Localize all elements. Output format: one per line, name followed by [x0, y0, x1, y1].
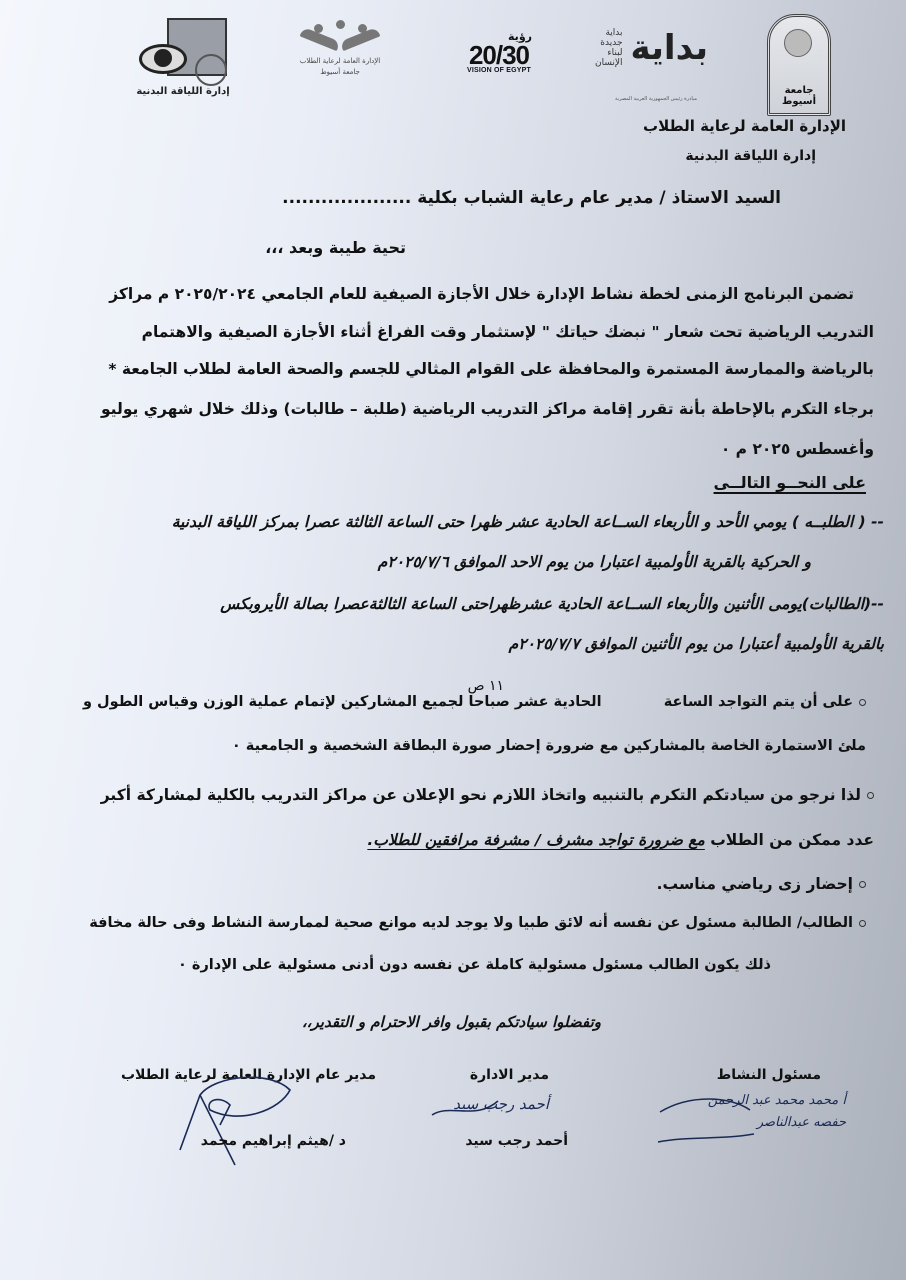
people-emblem-icon: [300, 20, 380, 56]
bullet-item: إحضار زى رياضي مناسب.: [657, 875, 866, 893]
vision-number: 20/30: [469, 43, 529, 67]
paragraph-line: وأغسطس ٢٠٢٥ م ٠: [721, 440, 874, 458]
university-caption: جامعة أسيوط: [320, 67, 360, 78]
bullet-text: إحضار زى رياضي مناسب.: [657, 875, 853, 893]
signature-title-director: مدير الادارة: [470, 1067, 549, 1083]
paragraph-line: التدريب الرياضية تحت شعار " نبضك حياتك "…: [142, 323, 874, 341]
bullet-text: لذا نرجو من سيادتكم التكرم بالتنبيه واتخ…: [101, 786, 861, 804]
vision-subtitle: VISION OF EGYPT: [467, 67, 531, 74]
bullet-icon: [859, 699, 866, 706]
student-care-caption: الإدارة العامة لرعاية الطلاب: [300, 56, 380, 67]
bidaya-logo: بداية جديدة لبناء الإنسان بداية مبادرة ر…: [595, 28, 705, 68]
greeting: تحية طيبة وبعد ،،،: [265, 238, 406, 257]
fitness-logo-caption: إدارة اللياقة البدنية: [136, 86, 229, 97]
sun-emblem-icon: [784, 29, 812, 57]
bullet-text: الحادية عشر صباحا لجميع المشاركين لإتمام…: [83, 694, 602, 710]
bidaya-slogan: بداية جديدة لبناء الإنسان: [595, 28, 623, 68]
paragraph-line: بالرياضة والممارسة المستمرة والمحافظة عل…: [108, 360, 874, 378]
department-general: الإدارة العامة لرعاية الطلاب: [643, 117, 846, 135]
physical-fitness-dept-logo: إدارة اللياقة البدنية: [128, 14, 238, 97]
bullet-item-continued: ذلك يكون الطالب مسئول مسئولية كاملة عن ن…: [178, 957, 771, 973]
handwritten-time-note: ١١ ص: [468, 678, 504, 694]
signature-scribble-icon: [650, 1092, 760, 1152]
student-care-logo: الإدارة العامة لرعاية الطلاب جامعة أسيوط: [290, 20, 390, 78]
bullet-item: لذا نرجو من سيادتكم التكرم بالتنبيه واتخ…: [101, 786, 874, 804]
closing: وتفضلوا سيادتكم بقبول وافر الاحترام و ال…: [302, 1013, 601, 1031]
bullet-item-continued: ملئ الاستمارة الخاصة بالمشاركين مع ضرورة…: [232, 738, 866, 754]
schedule-male-line2: و الحركية بالقرية الأولمبية اعتبارا من ي…: [378, 553, 811, 571]
bullet-item: الطالب/ الطالبة مسئول عن نفسه أنه لائق ط…: [89, 915, 866, 931]
bullet-item-continued: عدد ممكن من الطلاب مع ضرورة تواجد مشرف /…: [367, 831, 874, 849]
paragraph-line: تضمن البرنامج الزمنى لخطة نشاط الإدارة خ…: [109, 285, 854, 303]
signature-title-activity: مسئول النشاط: [717, 1067, 821, 1083]
addressee: السيد الاستاذ / مدير عام رعاية الشباب بك…: [282, 188, 781, 208]
bullet-text: على أن يتم التواجد الساعة: [664, 694, 853, 710]
bullet-text: الطالب/ الطالبة مسئول عن نفسه أنه لائق ط…: [89, 915, 853, 931]
signature-scribble-icon: [430, 1095, 500, 1125]
egypt-vision-2030-logo: رؤية 20/30 VISION OF EGYPT: [458, 30, 540, 74]
bidaya-wordmark: بداية: [631, 32, 708, 64]
bullet-text: عدد ممكن من الطلاب: [710, 831, 874, 849]
bullet-item: على أن يتم التواجد الساعة الحادية عشر صب…: [83, 694, 866, 710]
bullet-icon: [867, 792, 874, 799]
schedule-female-line2: بالقرية الأولمبية أعتبارا من يوم الأثنين…: [509, 635, 884, 653]
university-logo-caption: جامعة أسيوط: [770, 85, 828, 107]
signature-name-general-director: د /هيثم إبراهيم محمد: [201, 1133, 346, 1149]
slogan-line: لبناء: [595, 48, 623, 58]
supervisor-requirement: مع ضرورة تواجد مشرف / مشرفة مرافقين للطل…: [367, 831, 704, 849]
letter-page: إدارة اللياقة البدنية الإدارة العامة لرع…: [0, 0, 906, 1280]
slogan-line: جديدة: [595, 38, 623, 48]
department-sub: إدارة اللياقة البدنية: [685, 148, 816, 164]
fitness-emblem-icon: [133, 14, 233, 82]
signature-scribble-icon: [160, 1070, 300, 1170]
assiut-university-logo: جامعة أسيوط: [767, 14, 831, 116]
bullet-icon: [859, 920, 866, 927]
bullet-icon: [859, 881, 866, 888]
slogan-line: الإنسان: [595, 58, 623, 68]
as-follows-heading: على النحــو التالــى: [684, 473, 866, 492]
schedule-female-line1: --(الطالبات)يومى الأثنين والأربعاء الســ…: [220, 595, 884, 613]
bidaya-tagline: مبادرة رئيس الجمهورية العربية المصرية: [615, 96, 697, 102]
slogan-line: بداية: [595, 28, 623, 38]
signature-name-director: أحمد رجب سيد: [465, 1133, 568, 1149]
paragraph-line: برجاء التكرم بالإحاطة بأنة تقرر إقامة مر…: [101, 400, 874, 418]
schedule-male-line1: -- ( الطلبــه ) يومي الأحد و الأربعاء ال…: [172, 513, 884, 531]
